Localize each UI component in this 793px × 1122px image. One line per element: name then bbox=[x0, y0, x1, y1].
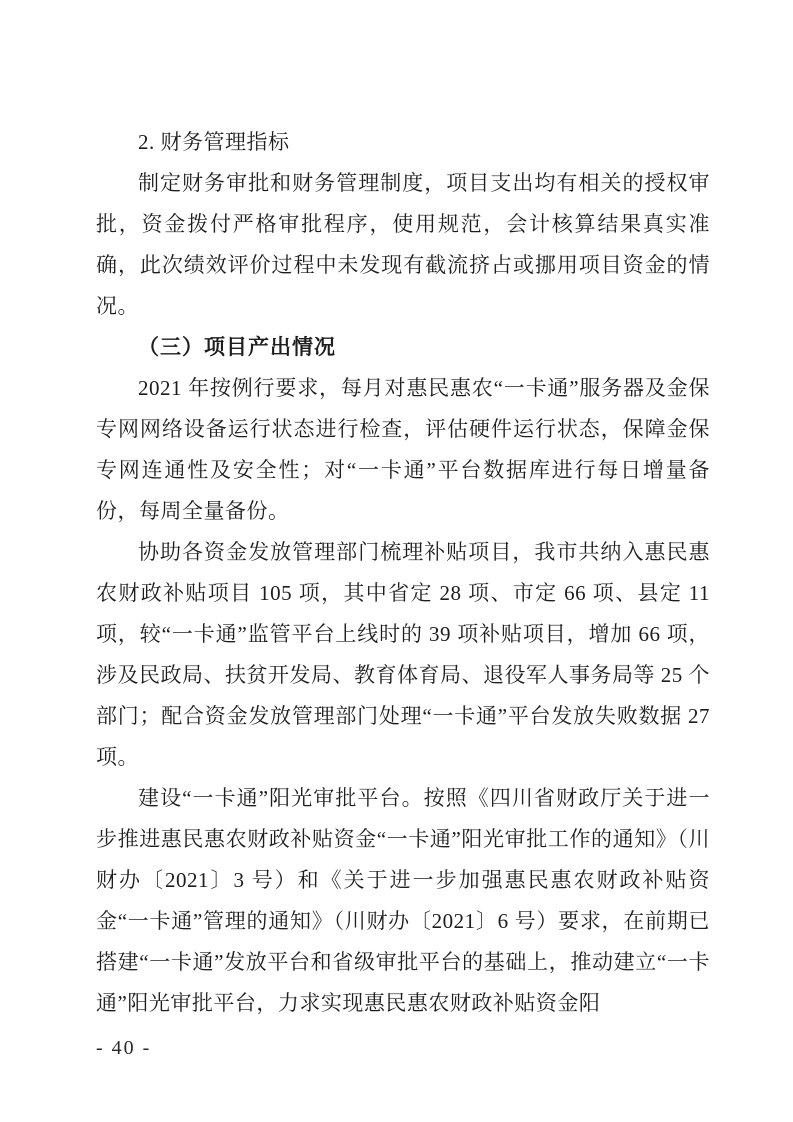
paragraph-subsidy-project-sorting: 协助各资金发放管理部门梳理补贴项目，我市共纳入惠民惠农财政补贴项目 105 项，… bbox=[96, 532, 710, 778]
document-page: 2. 财务管理指标 制定财务审批和财务管理制度，项目支出均有相关的授权审批，资金… bbox=[0, 0, 793, 1122]
page-content: 2. 财务管理指标 制定财务审批和财务管理制度，项目支出均有相关的授权审批，资金… bbox=[96, 122, 710, 1024]
subheading-financial-management-indicator: 2. 财务管理指标 bbox=[96, 122, 710, 163]
paragraph-sunshine-approval-platform: 建设“一卡通”阳光审批平台。按照《四川省财政厅关于进一步推进惠民惠农财政补贴资金… bbox=[96, 778, 710, 1024]
paragraph-routine-inspection: 2021 年按例行要求，每月对惠民惠农“一卡通”服务器及金保专网网络设备运行状态… bbox=[96, 368, 710, 532]
heading-project-output-status: （三）项目产出情况 bbox=[96, 327, 710, 368]
page-number: - 40 - bbox=[96, 1037, 151, 1059]
paragraph-financial-management-detail: 制定财务审批和财务管理制度，项目支出均有相关的授权审批，资金拨付严格审批程序，使… bbox=[96, 163, 710, 327]
page-footer: - 40 - bbox=[96, 1036, 151, 1060]
